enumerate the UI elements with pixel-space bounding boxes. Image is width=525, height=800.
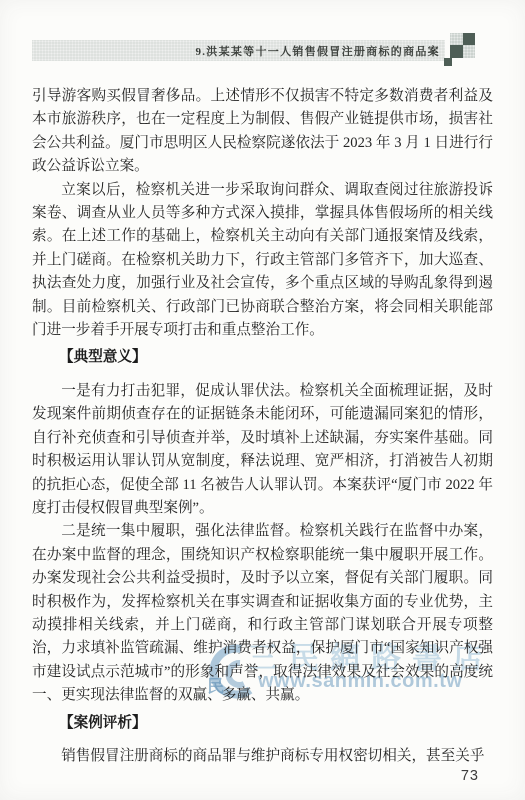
- book-page: 9.洪某某等十一人销售假冒注册商标的商品案 民 三民網路書店 www.sanmi…: [0, 0, 525, 800]
- section-heading-case-analysis: 【案例评析】: [32, 712, 493, 735]
- body-paragraph-2: 立案以后，检察机关进一步采取询问群众、调取查阅过往旅游投诉案卷、调查从业人员等多…: [32, 179, 493, 343]
- decoration-square-dark: [463, 33, 475, 45]
- body-paragraph-5: 销售假冒注册商标的商品罪与维护商标专用权密切相关，甚至关乎: [32, 745, 493, 768]
- body-paragraph-3: 一是有力打击犯罪，促成认罪伏法。检察机关全面梳理证据，及时发现案件前期侦查存在的…: [32, 380, 493, 520]
- chapter-title: 9.洪某某等十一人销售假冒注册商标的商品案: [195, 43, 440, 59]
- decoration-square-light: [450, 33, 463, 45]
- section-heading-typical-significance: 【典型意义】: [32, 346, 493, 369]
- page-number: 73: [461, 768, 479, 784]
- decoration-square-dark-small: [444, 58, 452, 66]
- decoration-square-dark: [450, 45, 463, 58]
- chapter-header-bar: 9.洪某某等十一人销售假冒注册商标的商品案: [32, 40, 445, 61]
- body-paragraph-1: 引导游客购买假冒奢侈品。上述情形不仅损害不特定多数消费者利益及本市旅游秩序，也在…: [32, 85, 493, 179]
- body-paragraph-4: 二是统一集中履职，强化法律监督。检察机关践行在监督中办案，在办案中监督的理念，围…: [32, 520, 493, 707]
- body-content: 引导游客购买假冒奢侈品。上述情形不仅损害不特定多数消费者利益及本市旅游秩序，也在…: [32, 85, 493, 768]
- corner-squares-decoration: [444, 33, 478, 67]
- decoration-square-light: [463, 45, 475, 58]
